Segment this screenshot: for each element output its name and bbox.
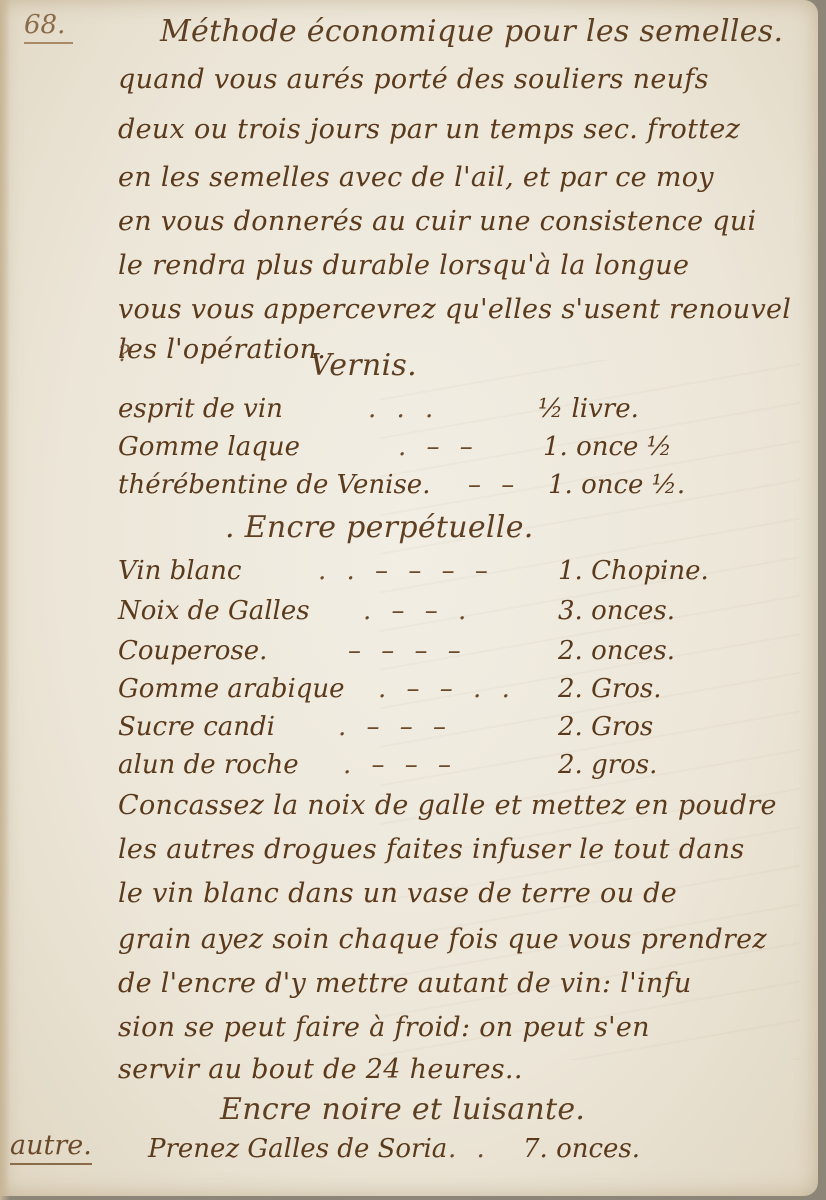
ingredient-row: Couperose. – – – – 2. onces.	[118, 636, 758, 670]
section-title-encre-noire: Encre noire et luisante.	[220, 1092, 585, 1127]
text-line: servir au bout de 24 heures..	[118, 1054, 523, 1085]
leader-dots: . .	[448, 1134, 491, 1164]
ingredient-name: Sucre candi	[118, 712, 275, 742]
ingredient-qty: 2. Gros	[558, 712, 653, 742]
ingredient-qty: 7. onces.	[523, 1134, 640, 1164]
section-title-semelles: Méthode économique pour les semelles.	[160, 14, 783, 49]
page-spine-shadow	[0, 0, 10, 1200]
ingredient-name: Noix de Galles	[118, 596, 310, 626]
text-line: les autres drogues faites infuser le tou…	[118, 834, 745, 865]
ingredient-name: thérébentine de Venise.	[118, 470, 430, 500]
text-line: quand vous aurés porté des souliers neuf…	[118, 64, 709, 95]
ingredient-qty: 1. once ½	[543, 432, 672, 462]
manuscript-page: 68. Méthode économique pour les semelles…	[0, 0, 818, 1196]
text-line: le vin blanc dans un vase de terre ou de	[118, 878, 677, 909]
ingredient-qty: 3. onces.	[558, 596, 675, 626]
ingredient-qty: ½ livre.	[538, 394, 639, 424]
ingredient-row: Prenez Galles de Soria . . 7. onces.	[148, 1134, 788, 1168]
leader-dots: . . .	[368, 394, 439, 424]
ingredient-name: Gomme laque	[118, 432, 300, 462]
leader-dots: – – – –	[348, 636, 467, 666]
ingredient-row: thérébentine de Venise. – – 1. once ½.	[118, 470, 758, 504]
leader-dots: . – – –	[343, 750, 457, 780]
leader-dots: . – – –	[338, 712, 452, 742]
text-line: en les semelles avec de l'ail, et par ce…	[118, 162, 714, 193]
margin-note-autre: autre.	[10, 1130, 92, 1165]
page-number: 68.	[24, 10, 73, 44]
text-line: le rendra plus durable lorsqu'à la longu…	[118, 250, 689, 281]
ingredient-row: Noix de Galles . – – . 3. onces.	[118, 596, 758, 630]
ingredient-name: esprit de vin	[118, 394, 283, 424]
text-line: de l'encre d'y mettre autant de vin: l'i…	[118, 968, 692, 999]
margin-mark: ?	[118, 342, 130, 367]
text-line: vous vous appercevrez qu'elles s'usent r…	[118, 294, 791, 325]
ingredient-name: Vin blanc	[118, 556, 241, 586]
ingredient-name: Prenez Galles de Soria	[148, 1134, 447, 1164]
leader-dots: . . – – – –	[318, 556, 494, 586]
ingredient-name: alun de roche	[118, 750, 299, 780]
ingredient-qty: 1. once ½.	[548, 470, 685, 500]
ingredient-qty: 2. Gros.	[558, 674, 662, 704]
text-line: deux ou trois jours par un temps sec. fr…	[118, 114, 740, 145]
ingredient-row: Sucre candi . – – – 2. Gros	[118, 712, 758, 746]
text-line: sion se peut faire à froid: on peut s'en	[118, 1012, 650, 1043]
ingredient-row: esprit de vin . . . ½ livre.	[118, 394, 758, 428]
text-line: en vous donnerés au cuir une consistence…	[118, 206, 756, 237]
ingredient-qty: 2. onces.	[558, 636, 675, 666]
text-line: Concassez la noix de galle et mettez en …	[118, 790, 777, 821]
ingredient-row: Gomme laque . – – 1. once ½	[118, 432, 758, 466]
leader-dots: . – – .	[363, 596, 472, 626]
ingredient-qty: 2. gros.	[558, 750, 657, 780]
leader-dots: . – – . .	[378, 674, 516, 704]
ingredient-name: Gomme arabique	[118, 674, 345, 704]
ingredient-row: alun de roche . – – – 2. gros.	[118, 750, 758, 784]
leader-dots: – –	[468, 470, 520, 500]
ingredient-row: Vin blanc . . – – – – 1. Chopine.	[118, 556, 758, 590]
section-title-vernis: Vernis.	[310, 348, 417, 383]
text-line: les l'opération.	[118, 334, 326, 365]
ingredient-qty: 1. Chopine.	[558, 556, 709, 586]
section-title-encre-perpetuelle: . Encre perpétuelle.	[225, 510, 534, 545]
text-line: grain ayez soin chaque fois que vous pre…	[118, 924, 767, 955]
leader-dots: . – –	[398, 432, 479, 462]
ingredient-row: Gomme arabique . – – . . 2. Gros.	[118, 674, 758, 708]
ingredient-name: Couperose.	[118, 636, 267, 666]
